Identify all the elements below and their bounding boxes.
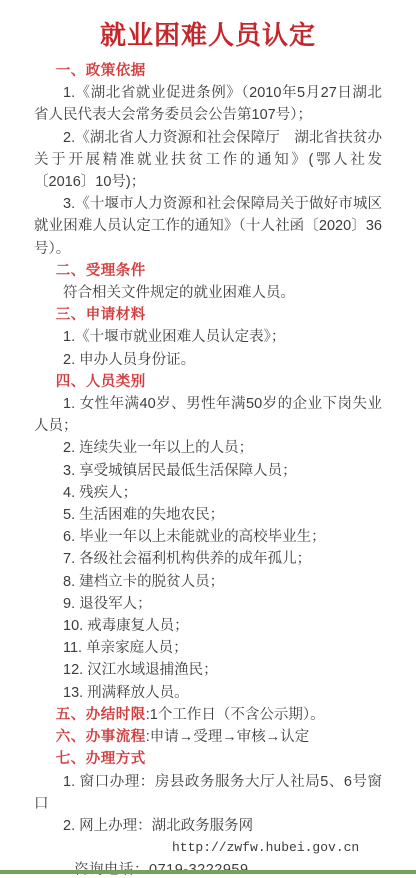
page-title: 就业困难人员认定 bbox=[34, 18, 382, 52]
paragraph: 1. 女性年满40岁、男性年满50岁的企业下岗失业人员； bbox=[34, 393, 382, 437]
paragraph: 1. 窗口办理：房县政务服务大厅人社局5、6号窗口 bbox=[34, 771, 382, 815]
section-heading-label: 七、办理方式 bbox=[56, 751, 146, 767]
section-heading: 三、申请材料 bbox=[34, 304, 382, 326]
website-url: http://zwfw.hubei.gov.cn bbox=[34, 837, 382, 859]
section-heading-value: :1个工作日（不含公示期）。 bbox=[146, 707, 325, 723]
section-heading: 一、政策依据 bbox=[34, 60, 382, 82]
section-heading-label: 二、受理条件 bbox=[56, 263, 146, 279]
paragraph: 7. 各级社会福利机构供养的成年孤儿； bbox=[34, 548, 382, 570]
paragraph: 2.《湖北省人力资源和社会保障厅 湖北省扶贫办关于开展精准就业扶贫工作的通知》(… bbox=[34, 127, 382, 194]
section-heading-label: 三、申请材料 bbox=[56, 307, 146, 323]
paragraph: 3. 享受城镇居民最低生活保障人员； bbox=[34, 460, 382, 482]
section-heading: 六、办事流程:申请→受理→审核→认定 bbox=[34, 726, 382, 748]
footer-divider-bar bbox=[0, 870, 416, 874]
section-heading-label: 五、办结时限 bbox=[56, 707, 146, 723]
paragraph: 5. 生活困难的失地农民； bbox=[34, 504, 382, 526]
section-heading: 七、办理方式 bbox=[34, 748, 382, 770]
section-heading-value: :申请→受理→审核→认定 bbox=[146, 729, 310, 745]
section-heading: 二、受理条件 bbox=[34, 260, 382, 282]
section-heading-label: 一、政策依据 bbox=[56, 63, 146, 79]
paragraph: 10. 戒毒康复人员； bbox=[34, 615, 382, 637]
contact-phone: 咨询电话：0719-3222959 bbox=[34, 859, 382, 878]
paragraph: 符合相关文件规定的就业困难人员。 bbox=[34, 282, 382, 304]
document-page: 就业困难人员认定 一、政策依据1.《湖北省就业促进条例》（2010年5月27日湖… bbox=[0, 0, 416, 878]
paragraph: 11. 单亲家庭人员； bbox=[34, 637, 382, 659]
paragraph: 9. 退役军人； bbox=[34, 593, 382, 615]
section-heading: 四、人员类别 bbox=[34, 371, 382, 393]
paragraph: 2. 网上办理：湖北政务服务网 bbox=[34, 815, 382, 837]
paragraph: 13. 刑满释放人员。 bbox=[34, 682, 382, 704]
document-body: 一、政策依据1.《湖北省就业促进条例》（2010年5月27日湖北省人民代表大会常… bbox=[34, 60, 382, 837]
paragraph: 2. 连续失业一年以上的人员； bbox=[34, 437, 382, 459]
section-heading: 五、办结时限:1个工作日（不含公示期）。 bbox=[34, 704, 382, 726]
paragraph: 1.《湖北省就业促进条例》（2010年5月27日湖北省人民代表大会常务委员会公告… bbox=[34, 82, 382, 126]
section-heading-label: 四、人员类别 bbox=[56, 374, 146, 390]
paragraph: 12. 汉江水域退捕渔民； bbox=[34, 659, 382, 681]
paragraph: 4. 残疾人； bbox=[34, 482, 382, 504]
paragraph: 8. 建档立卡的脱贫人员； bbox=[34, 571, 382, 593]
paragraph: 3.《十堰市人力资源和社会保障局关于做好市城区就业困难人员认定工作的通知》（十人… bbox=[34, 193, 382, 260]
paragraph: 2. 申办人员身份证。 bbox=[34, 349, 382, 371]
paragraph: 1.《十堰市就业困难人员认定表》； bbox=[34, 326, 382, 348]
section-heading-label: 六、办事流程 bbox=[56, 729, 146, 745]
paragraph: 6. 毕业一年以上未能就业的高校毕业生； bbox=[34, 526, 382, 548]
